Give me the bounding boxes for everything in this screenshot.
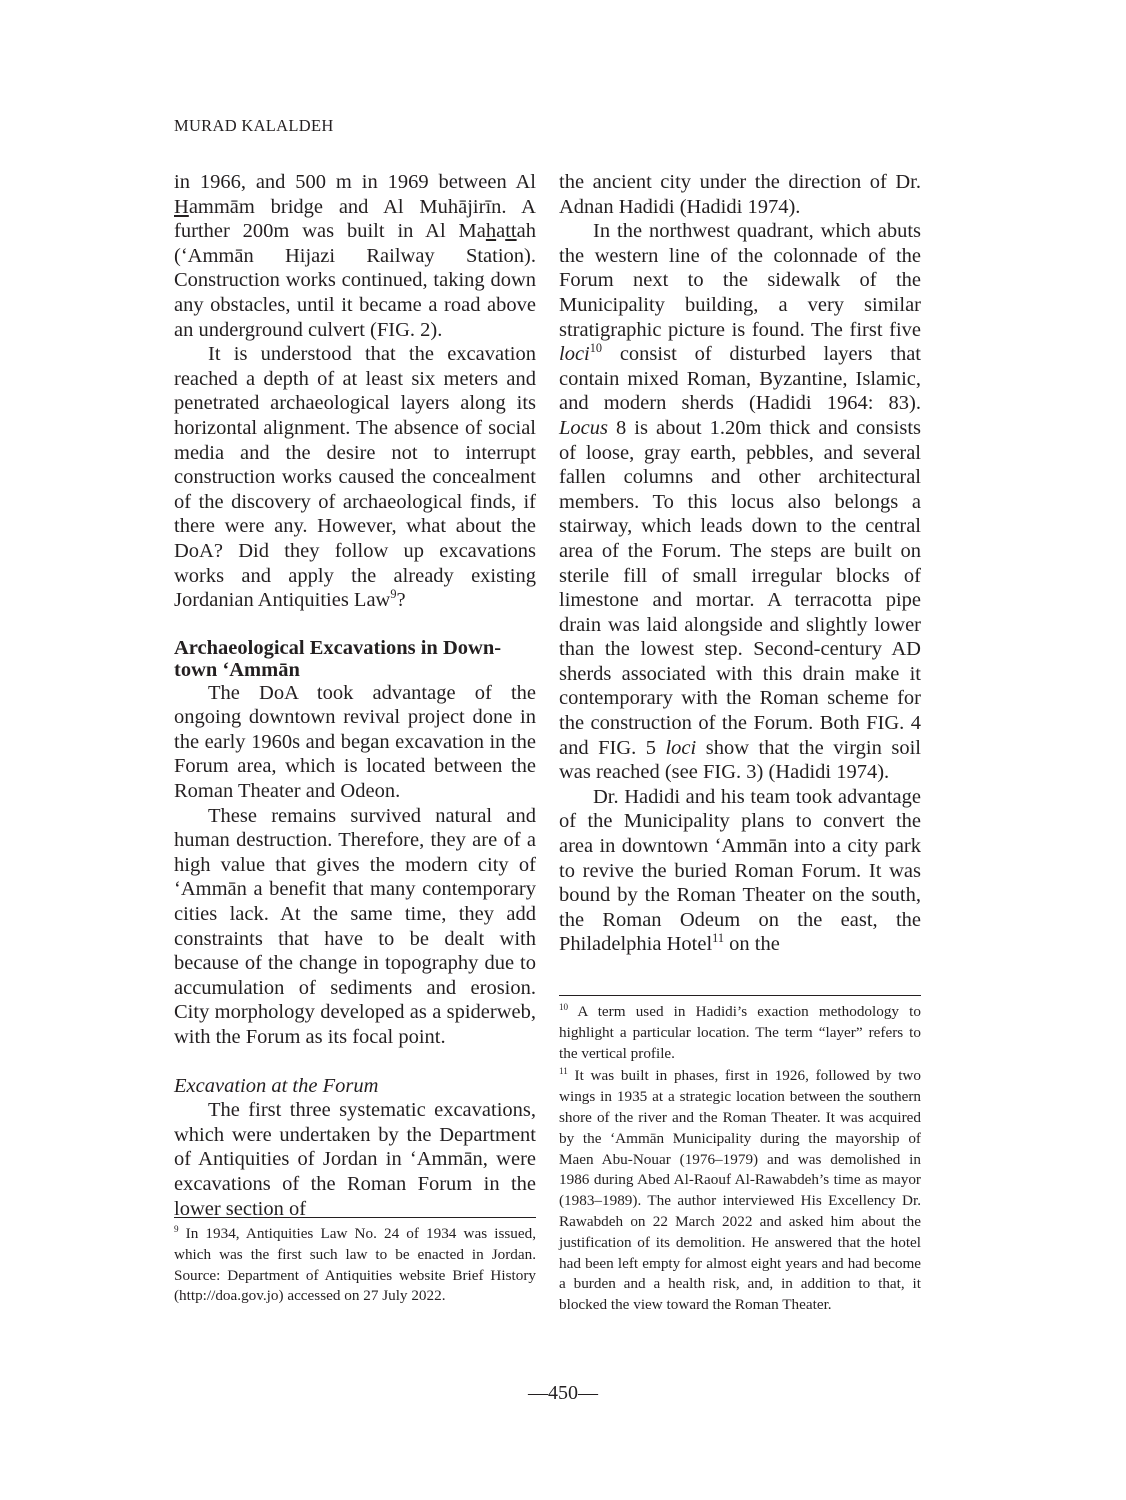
paragraph: the ancient city under the direction of … xyxy=(559,170,921,219)
paragraph: in 1966, and 500 m in 1969 between Al Ha… xyxy=(174,170,536,342)
footnote-ref-11[interactable]: 11 xyxy=(712,932,724,946)
footnote-10: 10 A term used in Hadidi’s exaction meth… xyxy=(559,1000,921,1064)
text: H xyxy=(174,196,189,218)
text: In 1934, Antiquities Law No. 24 of 1934 … xyxy=(174,1225,536,1304)
paragraph: In the northwest quadrant, which abuts t… xyxy=(559,219,921,785)
text: It was built in phases, first in 1926, f… xyxy=(559,1067,921,1313)
text: 8 is about 1.20m thick and consists of l… xyxy=(559,417,921,759)
text: ? xyxy=(397,589,406,611)
footnote-number: 10 xyxy=(559,1002,568,1012)
text: tt xyxy=(505,220,516,242)
footnote-ref-10[interactable]: 10 xyxy=(590,341,602,355)
text: consist of disturbed layers that contain… xyxy=(559,343,921,414)
text: ammām bridge and Al Muhājirīn. A further… xyxy=(174,196,536,243)
footnote-number: 11 xyxy=(559,1066,568,1076)
paragraph: The first three systematic excavations, … xyxy=(174,1098,536,1221)
text: in 1966, and 500 m in 1969 between Al xyxy=(174,171,536,193)
text: It is understood that the excavation rea… xyxy=(174,343,536,611)
left-column: in 1966, and 500 m in 1969 between Al Ha… xyxy=(174,170,536,1221)
footnote-9: 9 In 1934, Antiquities Law No. 24 of 193… xyxy=(174,1222,536,1307)
text: In the northwest quadrant, which abuts t… xyxy=(559,220,921,340)
footnote-11: 11 It was built in phases, first in 1926… xyxy=(559,1064,921,1316)
footnotes-right: 10 A term used in Hadidi’s exaction meth… xyxy=(559,995,921,1316)
italic-term: loci xyxy=(559,343,590,365)
text: h xyxy=(486,220,496,242)
paragraph: Dr. Hadidi and his team took advantage o… xyxy=(559,785,921,957)
section-heading: Archaeological Excavations in Down- town… xyxy=(174,637,536,681)
footnote-divider xyxy=(559,995,921,996)
footnotes-left: 9 In 1934, Antiquities Law No. 24 of 193… xyxy=(174,1217,536,1307)
subsection-heading: Excavation at the Forum xyxy=(174,1074,536,1099)
text: A term used in Hadidi’s exaction methodo… xyxy=(559,1003,921,1062)
paragraph: The DoA took advantage of the ongoing do… xyxy=(174,681,536,804)
right-column: the ancient city under the direction of … xyxy=(559,170,921,957)
paragraph: It is understood that the excavation rea… xyxy=(174,342,536,613)
italic-term: Locus xyxy=(559,417,608,439)
paragraph: These remains survived natural and human… xyxy=(174,804,536,1050)
running-head-author: MURAD KALALDEH xyxy=(174,116,334,136)
text: a xyxy=(496,220,505,242)
italic-term: loci xyxy=(665,737,696,759)
footnote-divider xyxy=(174,1217,536,1218)
text: on the xyxy=(724,933,780,955)
text: Dr. Hadidi and his team took advantage o… xyxy=(559,786,921,956)
page-number: —450— xyxy=(0,1382,1126,1405)
